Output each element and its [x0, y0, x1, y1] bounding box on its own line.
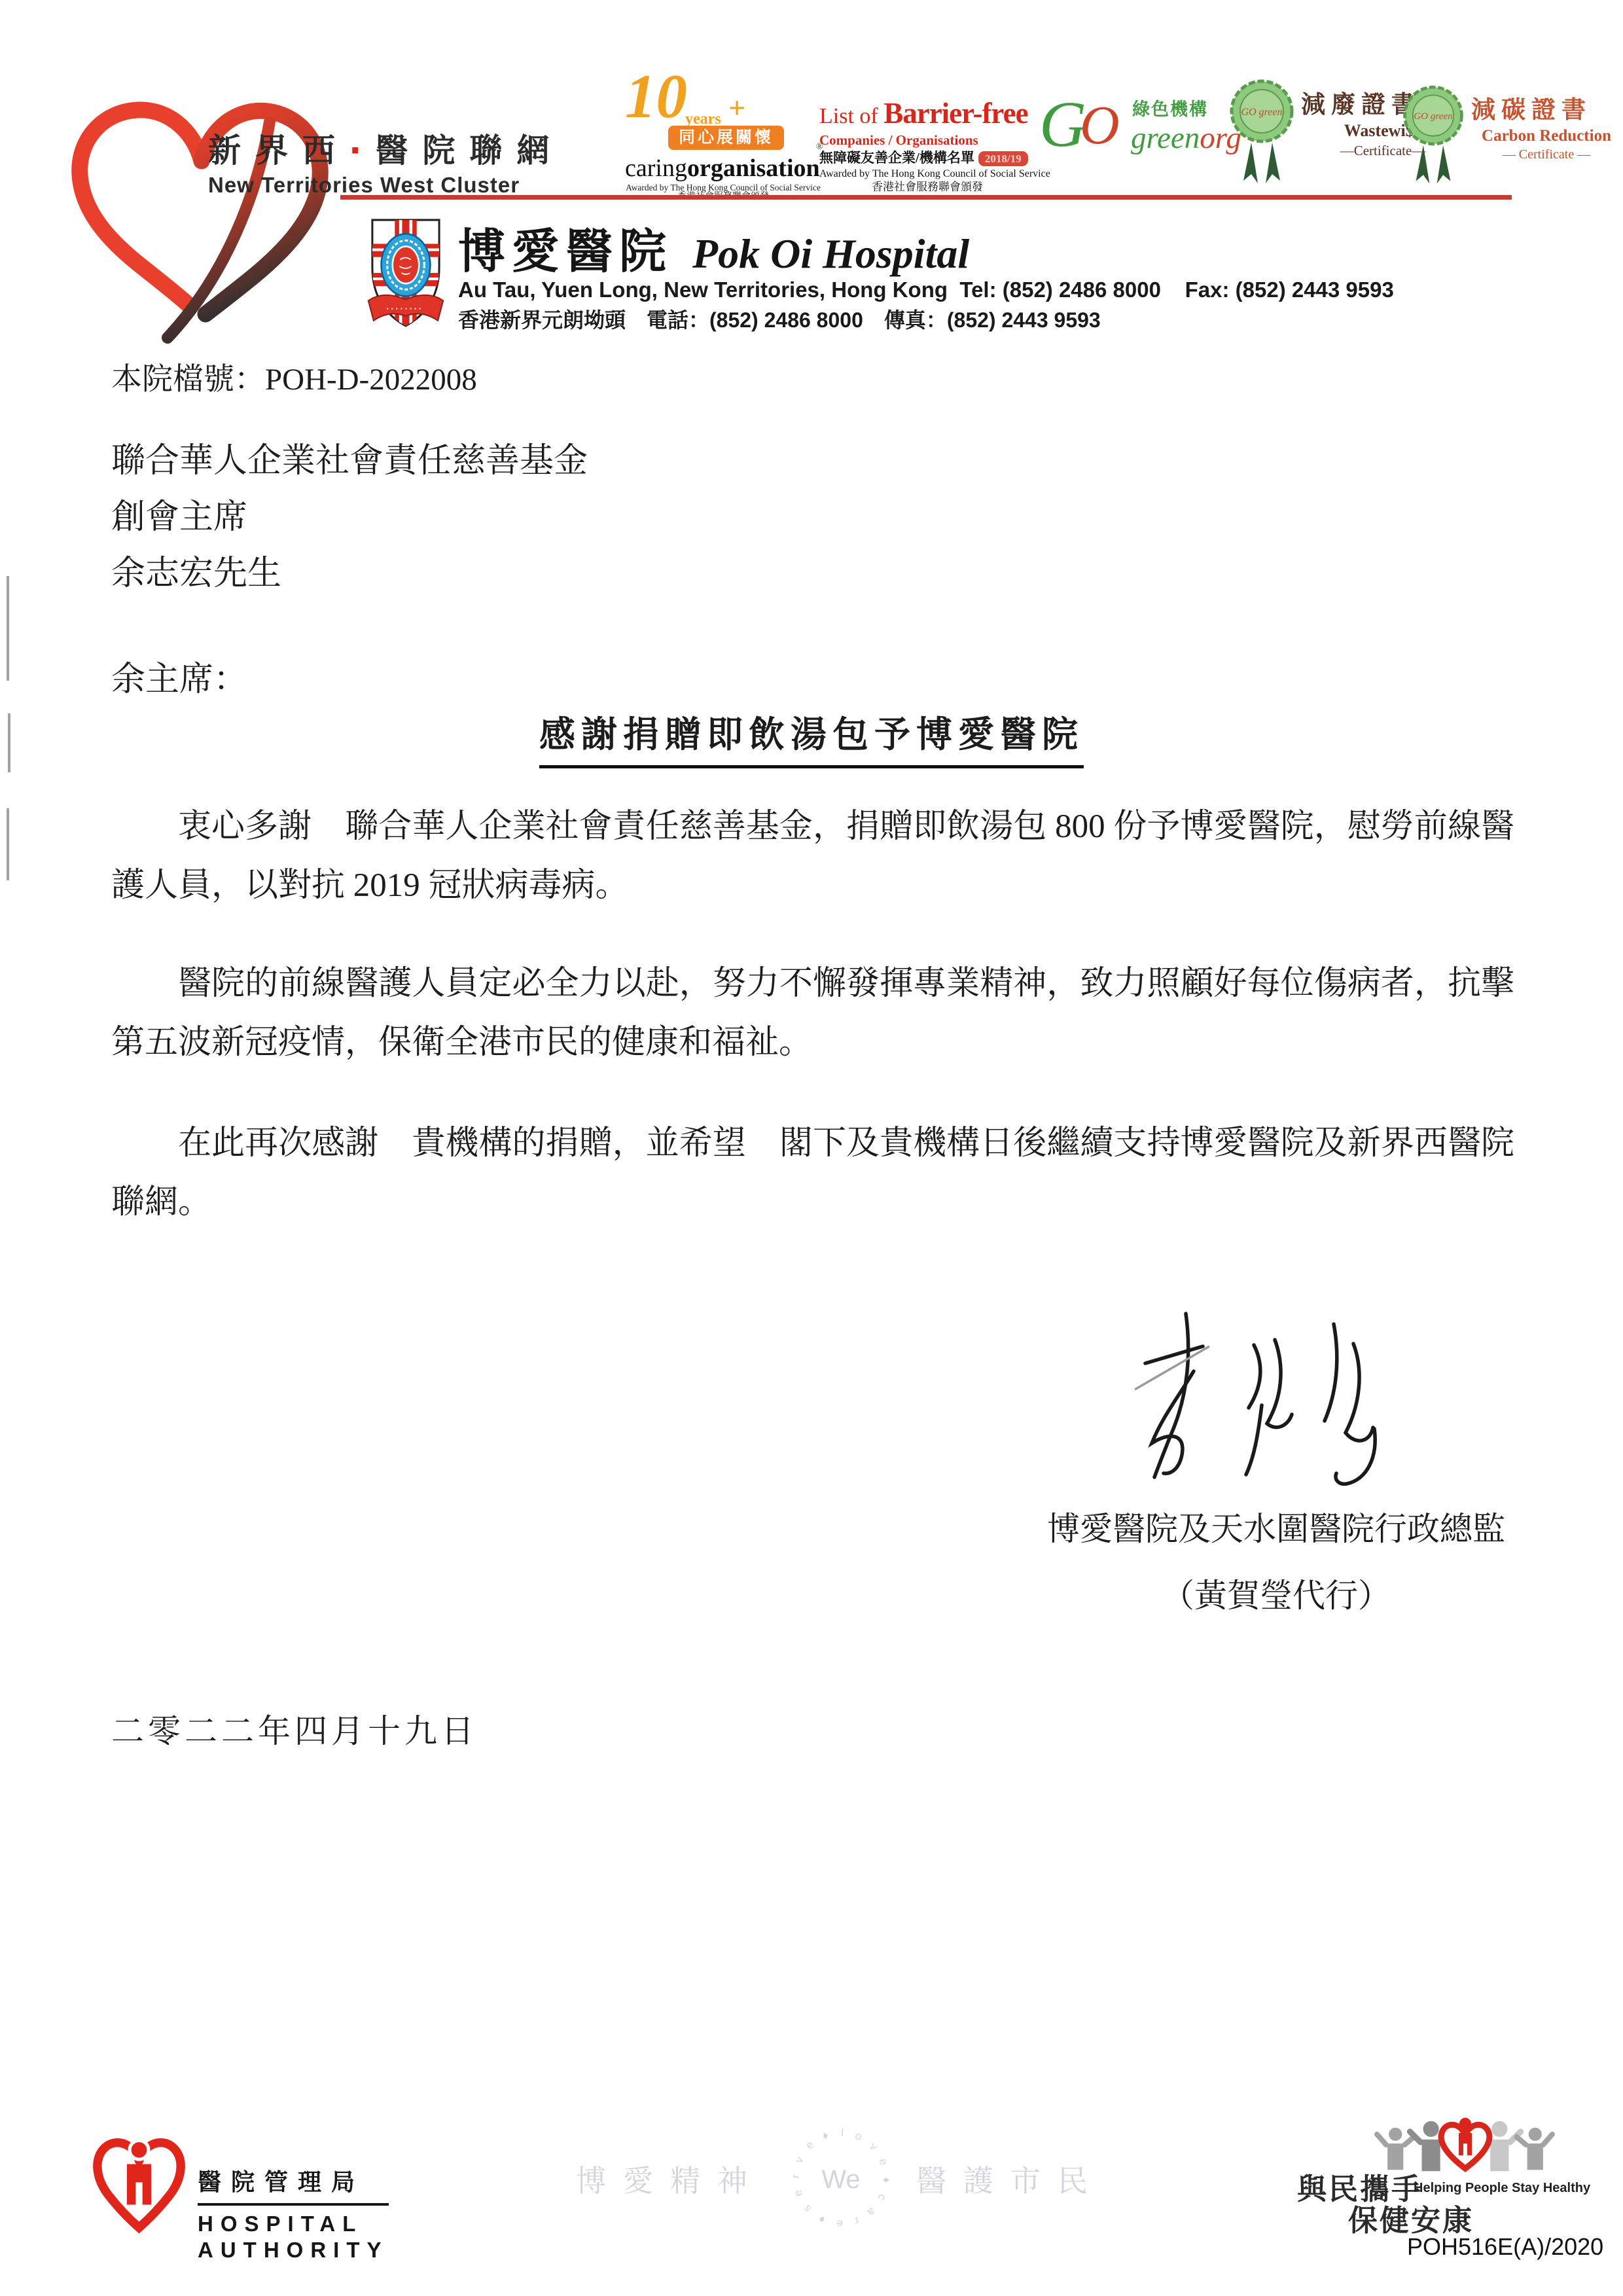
caring-name: caringorganisation	[625, 156, 821, 181]
hospital-authority-icon	[92, 2132, 187, 2237]
subject-line: 感謝捐贈即飲湯包予博愛醫院	[539, 706, 1084, 768]
barrier-line3: 無障礙友善企業/機構名單2018/19	[819, 150, 1035, 167]
carbon-en: Carbon Reduction	[1471, 126, 1622, 146]
barrier-line2: Companies / Organisations	[819, 132, 1035, 148]
ha-en-2: AUTHORITY	[198, 2238, 389, 2263]
letter-date: 二零二二年四月十九日	[111, 1705, 478, 1752]
barrier-subtitle-en: Awarded by The Hong Kong Council of Soci…	[819, 168, 1035, 180]
wastewise-seal-icon: GO green	[1229, 71, 1294, 188]
carbon-cert: — Certificate —	[1471, 147, 1622, 163]
paragraph-3: 在此再次感謝 貴機構的捐贈，並希望 閣下及貴機構日後繼續支持博愛醫院及新界西醫院…	[111, 1114, 1514, 1232]
hospital-name-en: Pok Oi Hospital	[692, 230, 969, 277]
seal-mark-text: GO green	[1241, 107, 1283, 118]
caring-10: 10	[625, 65, 687, 128]
ntwc-heart-logo	[39, 84, 366, 346]
gogreen-o: O	[1080, 98, 1120, 153]
recipient-block: 聯合華人企業社會責任慈善基金 創會主席 余志宏先生	[111, 433, 588, 602]
caring-banner: 同心展關懷	[668, 126, 784, 150]
caring-subtitle-en: Awarded by The Hong Kong Council of Soci…	[625, 183, 821, 192]
salutation: 余主席：	[111, 651, 247, 700]
caring-name-light: caring	[625, 154, 687, 182]
letter-page: 新界西‧醫院聯網 New Territories West Cluster 10…	[0, 0, 1623, 2296]
footer-watermark: 博愛精神 l o v e ♦ c a r e ♦ s e r v e ♦ We …	[576, 2121, 1106, 2238]
ha-zh: 醫院管理局	[198, 2164, 389, 2206]
gogreen-zh: 綠色機構	[1132, 101, 1208, 118]
barrier-subtitle-zh: 香港社會服務聯會頒發	[819, 181, 1035, 194]
subject-wrap: 感謝捐贈即飲湯包予博愛醫院	[0, 706, 1623, 768]
barrier-listof: List of	[819, 104, 883, 128]
cluster-dot: ‧	[349, 132, 375, 169]
cluster-title-zh: 新界西‧醫院聯網	[208, 124, 563, 171]
hospital-authority-text: 醫院管理局 HOSPITAL AUTHORITY	[198, 2164, 389, 2263]
recipient-name: 余志宏先生	[111, 546, 588, 602]
seal-ribbons	[1416, 145, 1451, 184]
gogreen-green: green	[1131, 121, 1200, 155]
pokoi-crest	[364, 216, 448, 330]
cluster-title-en: New Territories West Cluster	[208, 173, 563, 198]
signer-title: 博愛醫院及天水圍醫院行政總監	[982, 1503, 1571, 1550]
signature-handwriting	[1126, 1306, 1407, 1502]
barrier-year-badge: 2018/19	[978, 151, 1028, 167]
scan-artifact	[7, 576, 9, 681]
hospital-address-zh: 香港新界元朗坳頭 電話：(852) 2486 8000 傳真：(852) 244…	[458, 304, 1101, 334]
scan-artifact	[7, 808, 9, 880]
carbon-seal-icon: GO green	[1402, 77, 1465, 188]
hpsh-en: Helping People Stay Healthy	[1414, 2181, 1590, 2196]
recipient-org: 聯合華人企業社會責任慈善基金	[111, 433, 588, 490]
signer-pp: （黃賀瑩代行）	[982, 1570, 1571, 1617]
caring-years: years	[685, 111, 721, 127]
watermark-we: We	[821, 2165, 860, 2194]
paragraph-1: 衷心多謝 聯合華人企業社會責任慈善基金，捐贈即飲湯包 800 份予博愛醫院，慰勞…	[111, 797, 1514, 915]
watermark-zh-left: 博愛精神	[576, 2164, 764, 2198]
barrier-zh: 無障礙友善企業/機構名單	[819, 150, 974, 166]
caring-name-bold: organisation	[687, 154, 820, 182]
pencil-mark	[1135, 1346, 1209, 1390]
barrier-line1: List of Barrier-free	[819, 97, 1035, 131]
cluster-title-block: 新界西‧醫院聯網 New Territories West Cluster	[208, 124, 563, 198]
file-reference: 本院檔號：POH-D-2022008	[111, 355, 477, 399]
caring-plus: +	[728, 93, 745, 123]
ha-en-1: HOSPITAL	[198, 2212, 389, 2236]
cluster-zh-left: 新界西	[208, 132, 349, 169]
recipient-title: 創會主席	[111, 490, 588, 546]
hospital-name-row: 博愛醫院 Pok Oi Hospital	[458, 213, 969, 281]
paragraph-2: 醫院的前線醫護人員定必全力以赴，努力不懈發揮專業精神，致力照顧好每位傷病者，抗擊…	[111, 954, 1514, 1072]
center-heart-person	[1441, 2118, 1489, 2169]
hospital-address-en: Au Tau, Yuen Long, New Territories, Hong…	[458, 278, 1394, 302]
cluster-zh-right: 醫院聯網	[375, 132, 563, 169]
carbon-text: 減碳證書 Carbon Reduction — Certificate —	[1471, 96, 1622, 163]
barrier-free-logo: List of Barrier-free Companies / Organis…	[819, 97, 1035, 193]
seal-ribbons	[1243, 143, 1280, 183]
form-code: POH516E(A)/2020	[1407, 2233, 1603, 2261]
header-divider	[340, 195, 1512, 200]
seal-mark-text: GO green	[1414, 111, 1452, 122]
caring-organisation-logo: 10 years + 同心展關懷 ® caringorganisation Aw…	[625, 73, 821, 202]
hospital-name-zh: 博愛醫院	[458, 226, 673, 278]
file-reference-number: POH-D-2022008	[265, 363, 477, 397]
barrier-title: Barrier-free	[883, 97, 1027, 130]
watermark-zh-right: 醫護市民	[916, 2164, 1105, 2198]
gogreen-script: greenorg	[1131, 123, 1241, 154]
file-reference-label: 本院檔號：	[111, 363, 265, 397]
carbon-zh: 減碳證書	[1471, 96, 1622, 126]
heart-left-stroke	[80, 110, 202, 304]
